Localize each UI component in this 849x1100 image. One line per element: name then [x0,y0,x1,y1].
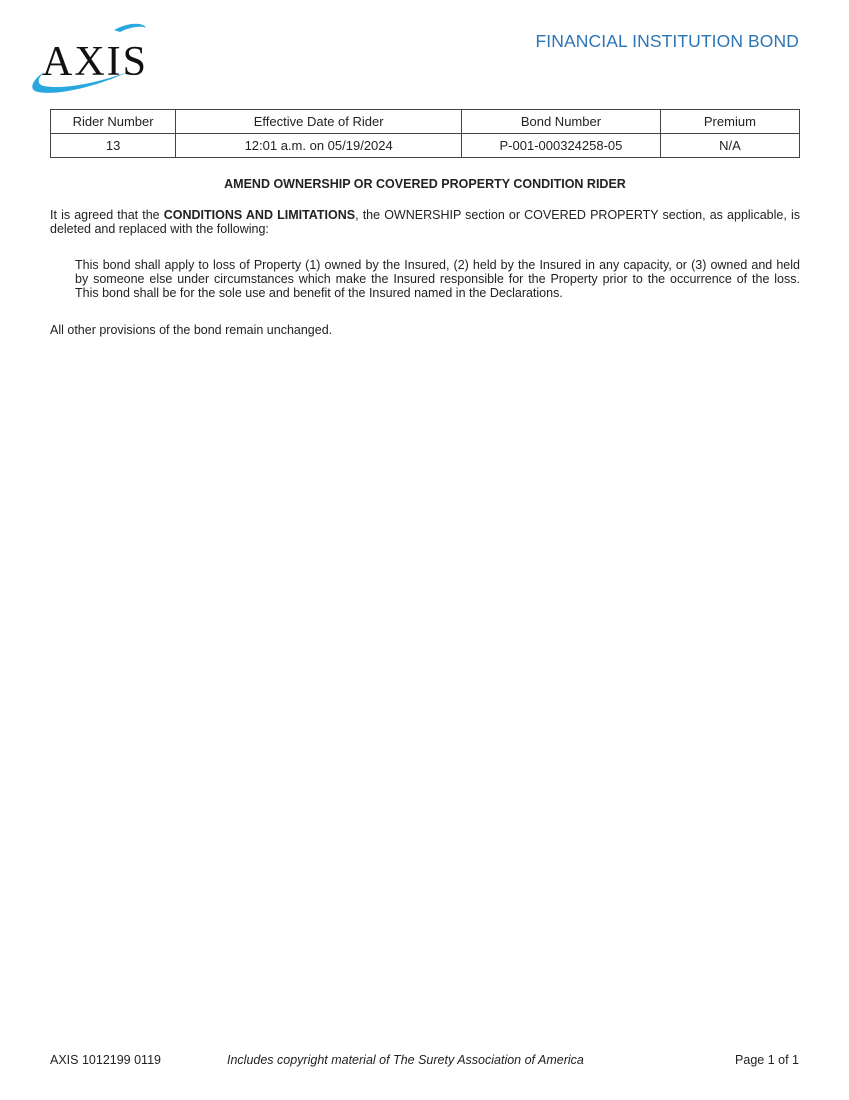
intro-text-prefix: It is agreed that the [50,208,164,222]
table-row: 13 12:01 a.m. on 05/19/2024 P-001-000324… [51,134,800,158]
header-bond-number: Bond Number [462,110,661,134]
premium-value: N/A [660,134,799,158]
axis-logo: AXIS [28,20,148,96]
rider-number-value: 13 [51,134,176,158]
header-rider-number: Rider Number [51,110,176,134]
header-effective-date: Effective Date of Rider [176,110,462,134]
footer-copyright: Includes copyright material of The Suret… [227,1053,584,1067]
rider-info-table: Rider Number Effective Date of Rider Bon… [50,109,800,158]
axis-logo-icon: AXIS [28,20,148,96]
rider-heading: AMEND OWNERSHIP OR COVERED PROPERTY COND… [50,177,800,191]
intro-paragraph: It is agreed that the CONDITIONS AND LIM… [50,208,800,236]
effective-date-value: 12:01 a.m. on 05/19/2024 [176,134,462,158]
footer-form-number: AXIS 1012199 0119 [50,1053,161,1067]
footer-page-number: Page 1 of 1 [735,1053,799,1067]
table-header-row: Rider Number Effective Date of Rider Bon… [51,110,800,134]
svg-text:AXIS: AXIS [42,39,148,85]
replacement-clause-paragraph: This bond shall apply to loss of Propert… [75,258,800,300]
bond-number-value: P-001-000324258-05 [462,134,661,158]
intro-text-bold: CONDITIONS AND LIMITATIONS [164,208,355,222]
header-premium: Premium [660,110,799,134]
document-title: FINANCIAL INSTITUTION BOND [536,31,800,52]
closing-paragraph: All other provisions of the bond remain … [50,323,800,337]
